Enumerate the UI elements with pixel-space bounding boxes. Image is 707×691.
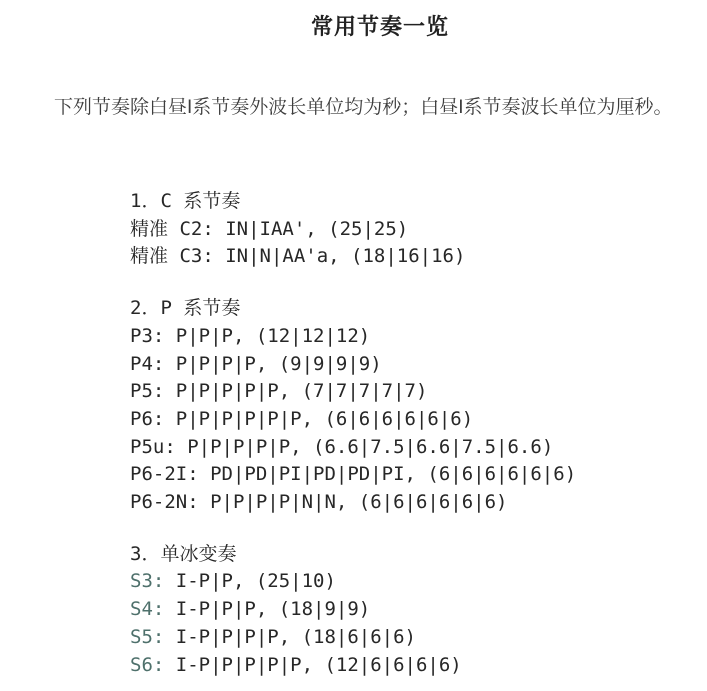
section-heading: 1．C 系节奏	[130, 188, 690, 216]
rhythm-pattern: P|P|P|P, (9|9|9|9)	[164, 353, 381, 375]
section-heading: 3．单冰变奏	[130, 541, 690, 569]
rhythm-list: 1．C 系节奏精准 C2: IN|IAA', (25|25)精准 C3: IN|…	[130, 188, 690, 679]
rhythm-label: S6:	[130, 654, 164, 676]
rhythm-pattern: IN|IAA', (25|25)	[214, 218, 408, 240]
rhythm-pattern: I-P|P|P, (18|9|9)	[164, 598, 370, 620]
rhythm-label: P5:	[130, 380, 164, 402]
rhythm-label: P6:	[130, 408, 164, 430]
rhythm-pattern: P|P|P|P|P|P, (6|6|6|6|6|6)	[164, 408, 473, 430]
rhythm-pattern: I-P|P|P|P, (18|6|6|6)	[164, 626, 416, 648]
intro-paragraph: 下列节奏除白昼I系节奏外波长单位均为秒；白昼I系节奏波长单位为厘秒。	[54, 95, 694, 121]
rhythm-section: 3．单冰变奏S3: I-P|P, (25|10)S4: I-P|P|P, (18…	[130, 541, 690, 680]
rhythm-line: P6: P|P|P|P|P|P, (6|6|6|6|6|6)	[130, 406, 690, 434]
rhythm-label: P5u:	[130, 436, 176, 458]
rhythm-pattern: P|P|P|P|P, (6.6|7.5|6.6|7.5|6.6)	[176, 436, 554, 458]
rhythm-label: S5:	[130, 626, 164, 648]
rhythm-line: S5: I-P|P|P|P, (18|6|6|6)	[130, 624, 690, 652]
rhythm-label: P6-2I:	[130, 463, 199, 485]
page-title: 常用节奏一览	[0, 10, 707, 41]
rhythm-pattern: I-P|P|P|P|P, (12|6|6|6|6)	[164, 654, 461, 676]
rhythm-line: P6-2N: P|P|P|P|N|N, (6|6|6|6|6|6)	[130, 489, 690, 517]
rhythm-pattern: IN|N|AA'a, (18|16|16)	[214, 245, 466, 267]
rhythm-line: P3: P|P|P, (12|12|12)	[130, 323, 690, 351]
rhythm-label: S4:	[130, 598, 164, 620]
rhythm-pattern: PD|PD|PI|PD|PD|PI, (6|6|6|6|6|6)	[199, 463, 577, 485]
document-page: 常用节奏一览 下列节奏除白昼I系节奏外波长单位均为秒；白昼I系节奏波长单位为厘秒…	[0, 0, 707, 691]
rhythm-label: P4:	[130, 353, 164, 375]
rhythm-pattern: P|P|P|P|P, (7|7|7|7|7)	[164, 380, 427, 402]
rhythm-label: 精准 C3:	[130, 245, 214, 267]
rhythm-line: 精准 C3: IN|N|AA'a, (18|16|16)	[130, 243, 690, 271]
rhythm-line: P5: P|P|P|P|P, (7|7|7|7|7)	[130, 378, 690, 406]
section-heading: 2．P 系节奏	[130, 295, 690, 323]
rhythm-label: S3:	[130, 570, 164, 592]
rhythm-pattern: I-P|P, (25|10)	[164, 570, 336, 592]
rhythm-pattern: P|P|P|P|N|N, (6|6|6|6|6|6)	[199, 491, 508, 513]
rhythm-line: 精准 C2: IN|IAA', (25|25)	[130, 216, 690, 244]
rhythm-line: P6-2I: PD|PD|PI|PD|PD|PI, (6|6|6|6|6|6)	[130, 461, 690, 489]
rhythm-section: 2．P 系节奏P3: P|P|P, (12|12|12)P4: P|P|P|P,…	[130, 295, 690, 517]
rhythm-line: S4: I-P|P|P, (18|9|9)	[130, 596, 690, 624]
rhythm-label: P6-2N:	[130, 491, 199, 513]
rhythm-section: 1．C 系节奏精准 C2: IN|IAA', (25|25)精准 C3: IN|…	[130, 188, 690, 271]
rhythm-line: P4: P|P|P|P, (9|9|9|9)	[130, 351, 690, 379]
rhythm-label: 精准 C2:	[130, 218, 214, 240]
rhythm-line: P5u: P|P|P|P|P, (6.6|7.5|6.6|7.5|6.6)	[130, 434, 690, 462]
rhythm-line: S6: I-P|P|P|P|P, (12|6|6|6|6)	[130, 652, 690, 680]
rhythm-pattern: P|P|P, (12|12|12)	[164, 325, 370, 347]
rhythm-line: S3: I-P|P, (25|10)	[130, 568, 690, 596]
rhythm-label: P3:	[130, 325, 164, 347]
